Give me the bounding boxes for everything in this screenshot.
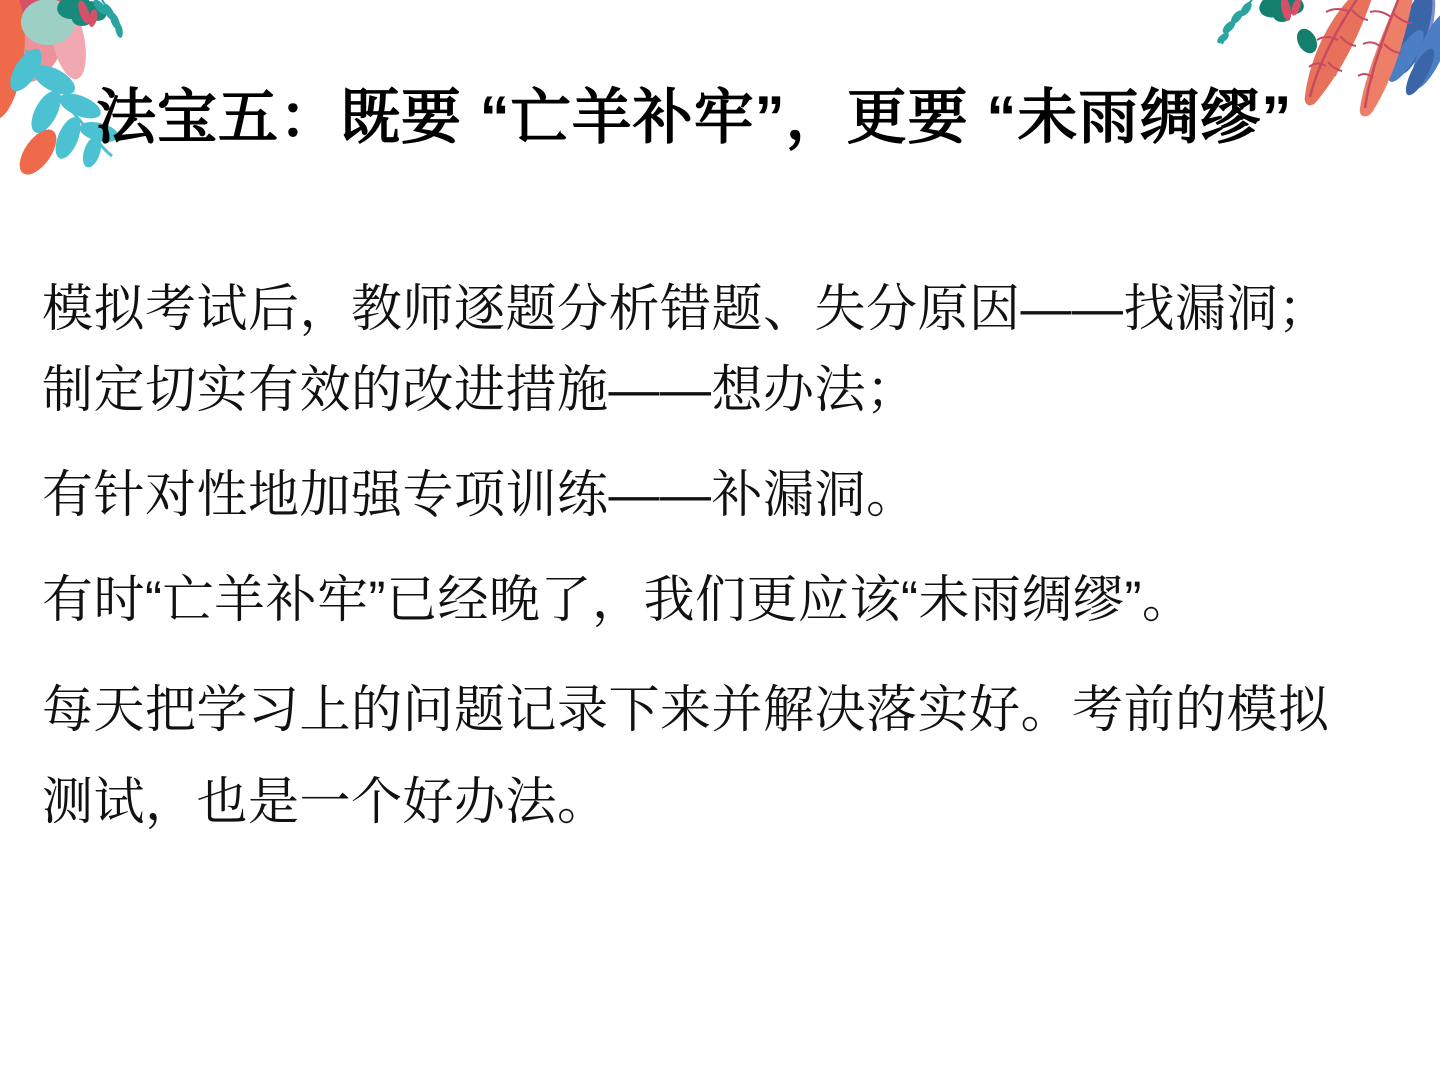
crimson-sprigs bbox=[1279, 0, 1302, 22]
vein bbox=[1370, 11, 1392, 18]
leaf bbox=[1278, 0, 1306, 17]
stem bbox=[102, 0, 119, 32]
leaf bbox=[29, 59, 80, 100]
leaf bbox=[1404, 7, 1440, 93]
leaf bbox=[1221, 19, 1238, 36]
dark-green-cluster bbox=[1256, 0, 1321, 57]
teal-fern bbox=[91, 0, 124, 39]
petal bbox=[0, 0, 62, 28]
bud bbox=[1293, 25, 1321, 56]
vein bbox=[1394, 14, 1412, 23]
body-line: 有时“亡羊补牢”已经晚了，我们更应该“未雨绸缪”。 bbox=[42, 571, 1193, 628]
leaf bbox=[72, 12, 92, 26]
vein bbox=[1326, 9, 1350, 12]
leaf bbox=[25, 87, 66, 138]
body-line: 模拟考试后，教师逐题分析错题、失分原因——找漏洞； bbox=[42, 280, 1330, 337]
leaf bbox=[1238, 0, 1254, 18]
leaf bbox=[1273, 8, 1291, 22]
body-paragraph: 模拟考试后，教师逐题分析错题、失分原因——找漏洞； 制定切实有效的改进措施——想… bbox=[42, 268, 1412, 430]
petal bbox=[0, 0, 31, 122]
slide-title: 法宝五：既要 “亡羊补牢”，更要 “未雨绸缪” bbox=[96, 86, 1292, 150]
seafoam-blob bbox=[21, 0, 75, 45]
stem bbox=[1222, 0, 1252, 44]
coral-leaf-left bbox=[1305, 0, 1376, 105]
leaf bbox=[1305, 0, 1376, 105]
petal bbox=[1, 0, 84, 89]
leaf bbox=[78, 0, 109, 25]
slide-body: 模拟考试后，教师逐题分析错题、失分原因——找漏洞； 制定切实有效的改进措施——想… bbox=[42, 268, 1412, 872]
vein bbox=[1352, 10, 1368, 20]
coral-leaf-right bbox=[1358, 0, 1416, 116]
vein bbox=[1317, 37, 1338, 40]
body-paragraph: 每天把学习上的问题记录下来并解决落实好。考前的模拟 测试，也是一个好办法。 bbox=[42, 664, 1412, 848]
presentation-slide: 法宝五：既要 “亡羊补牢”，更要 “未雨绸缪” 模拟考试后，教师逐题分析错题、失… bbox=[0, 0, 1440, 1080]
crimson-sprigs bbox=[76, 0, 99, 28]
body-line: 每天把学习上的问题记录下来并解决落实好。考前的模拟 bbox=[42, 681, 1330, 738]
leaf bbox=[55, 0, 93, 22]
leaf bbox=[101, 2, 117, 22]
sprig bbox=[76, 0, 92, 25]
vein bbox=[1340, 36, 1356, 46]
vein bbox=[1384, 44, 1401, 53]
leaf bbox=[50, 114, 85, 162]
orange-accents bbox=[0, 0, 64, 181]
leaf bbox=[1360, 0, 1416, 116]
dark-teal-flower bbox=[55, 0, 109, 26]
petal bbox=[0, 0, 27, 62]
petal bbox=[44, 0, 93, 82]
leaf bbox=[4, 44, 48, 96]
teal-stem-bit bbox=[1335, 56, 1342, 76]
petal bbox=[12, 123, 63, 181]
teal-fern bbox=[1215, 0, 1253, 45]
sprig bbox=[1289, 0, 1302, 17]
body-paragraph: 有时“亡羊补牢”已经晚了，我们更应该“未雨绸缪”。 bbox=[42, 559, 1412, 640]
leaf bbox=[1404, 0, 1439, 54]
leaf bbox=[91, 0, 109, 16]
vein bbox=[1365, 0, 1402, 108]
sprig bbox=[87, 8, 99, 27]
vein bbox=[1363, 42, 1382, 48]
vein bbox=[1358, 74, 1373, 78]
leaf bbox=[1401, 45, 1440, 98]
pink-petals bbox=[0, 0, 92, 94]
vein bbox=[1328, 62, 1342, 71]
stem bbox=[1335, 56, 1342, 76]
body-line: 制定切实有效的改进措施——想办法； bbox=[42, 361, 918, 418]
leaf bbox=[1256, 0, 1291, 21]
leaf bbox=[1215, 31, 1230, 45]
leaf bbox=[108, 11, 122, 31]
leaf bbox=[1229, 8, 1245, 25]
body-line: 测试，也是一个好办法。 bbox=[42, 773, 609, 830]
vein bbox=[1309, 63, 1326, 67]
blue-leaves bbox=[1382, 0, 1440, 99]
body-line: 有针对性地加强专项训练——补漏洞。 bbox=[42, 466, 918, 523]
leaf bbox=[1382, 26, 1429, 86]
vein bbox=[1310, 0, 1362, 97]
leaf bbox=[114, 21, 124, 38]
petal bbox=[0, 0, 58, 94]
crimson-petals bbox=[0, 0, 62, 62]
sprig bbox=[1279, 0, 1293, 22]
leaf bbox=[1388, 0, 1440, 78]
body-paragraph: 有针对性地加强专项训练——补漏洞。 bbox=[42, 454, 1412, 535]
